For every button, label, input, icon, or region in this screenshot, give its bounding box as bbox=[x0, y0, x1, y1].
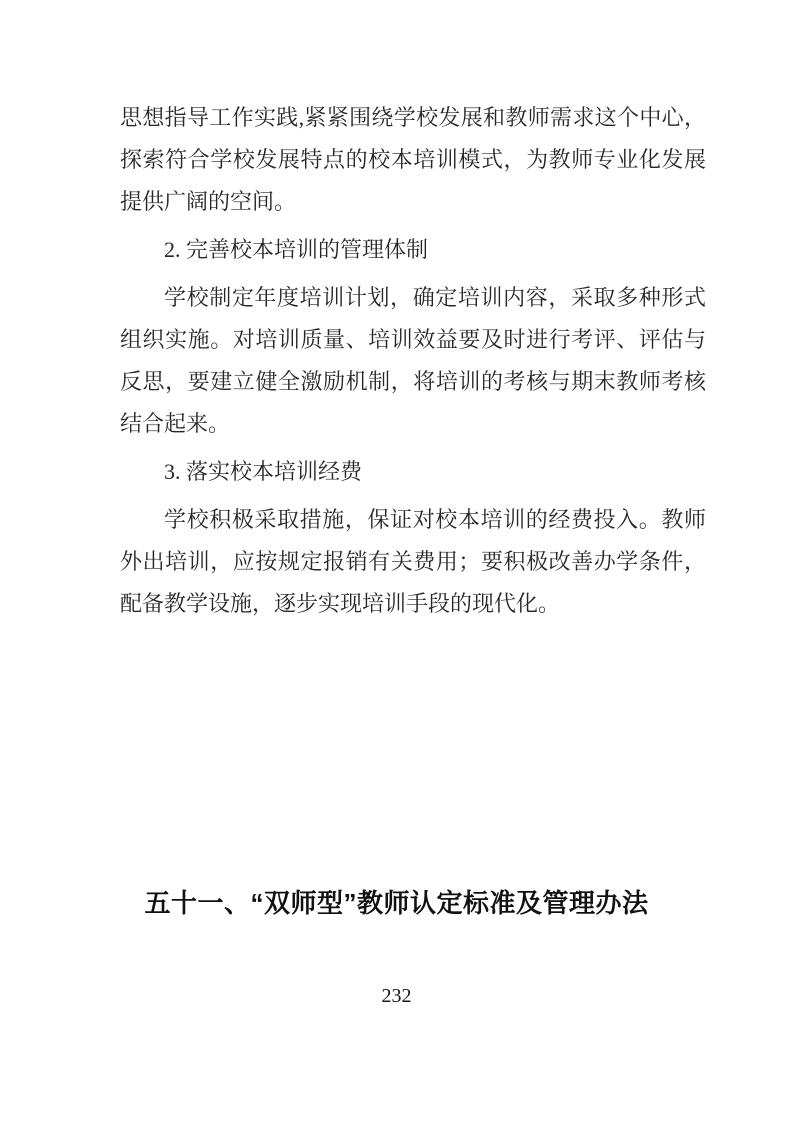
text-line: 组织实施。对培训质量、培训效益要及时进行考评、评估与 bbox=[120, 319, 706, 361]
text-line: 学校积极采取措施，保证对校本培训的经费投入。教师 bbox=[120, 499, 706, 541]
text-line: 提供广阔的空间。 bbox=[120, 181, 706, 223]
text-line: 学校制定年度培训计划，确定培训内容，采取多种形式 bbox=[120, 277, 706, 319]
document-page: 思想指导工作实践,紧紧围绕学校发展和教师需求这个中心，探索符合学校发展特点的校本… bbox=[0, 0, 793, 1122]
page-body-text: 思想指导工作实践,紧紧围绕学校发展和教师需求这个中心，探索符合学校发展特点的校本… bbox=[120, 97, 706, 625]
text-line: 探索符合学校发展特点的校本培训模式，为教师专业化发展 bbox=[120, 139, 706, 181]
subheading-2: 2. 完善校本培训的管理体制 bbox=[120, 229, 706, 271]
text-line: 结合起来。 bbox=[120, 403, 706, 445]
text-line: 外出培训，应按规定报销有关费用；要积极改善办学条件， bbox=[120, 541, 706, 583]
paragraph-training-funds: 学校积极采取措施，保证对校本培训的经费投入。教师外出培训，应按规定报销有关费用；… bbox=[120, 499, 706, 625]
paragraph-training-management: 学校制定年度培训计划，确定培训内容，采取多种形式组织实施。对培训质量、培训效益要… bbox=[120, 277, 706, 445]
text-line: 反思，要建立健全激励机制，将培训的考核与期末教师考核 bbox=[120, 361, 706, 403]
section-title: 五十一、“双师型”教师认定标准及管理办法 bbox=[0, 883, 793, 920]
subheading-3: 3. 落实校本培训经费 bbox=[120, 451, 706, 493]
paragraph-continued: 思想指导工作实践,紧紧围绕学校发展和教师需求这个中心，探索符合学校发展特点的校本… bbox=[120, 97, 706, 223]
text-line: 思想指导工作实践,紧紧围绕学校发展和教师需求这个中心， bbox=[120, 97, 706, 139]
page-number: 232 bbox=[0, 985, 793, 1008]
text-line: 配备教学设施，逐步实现培训手段的现代化。 bbox=[120, 583, 706, 625]
